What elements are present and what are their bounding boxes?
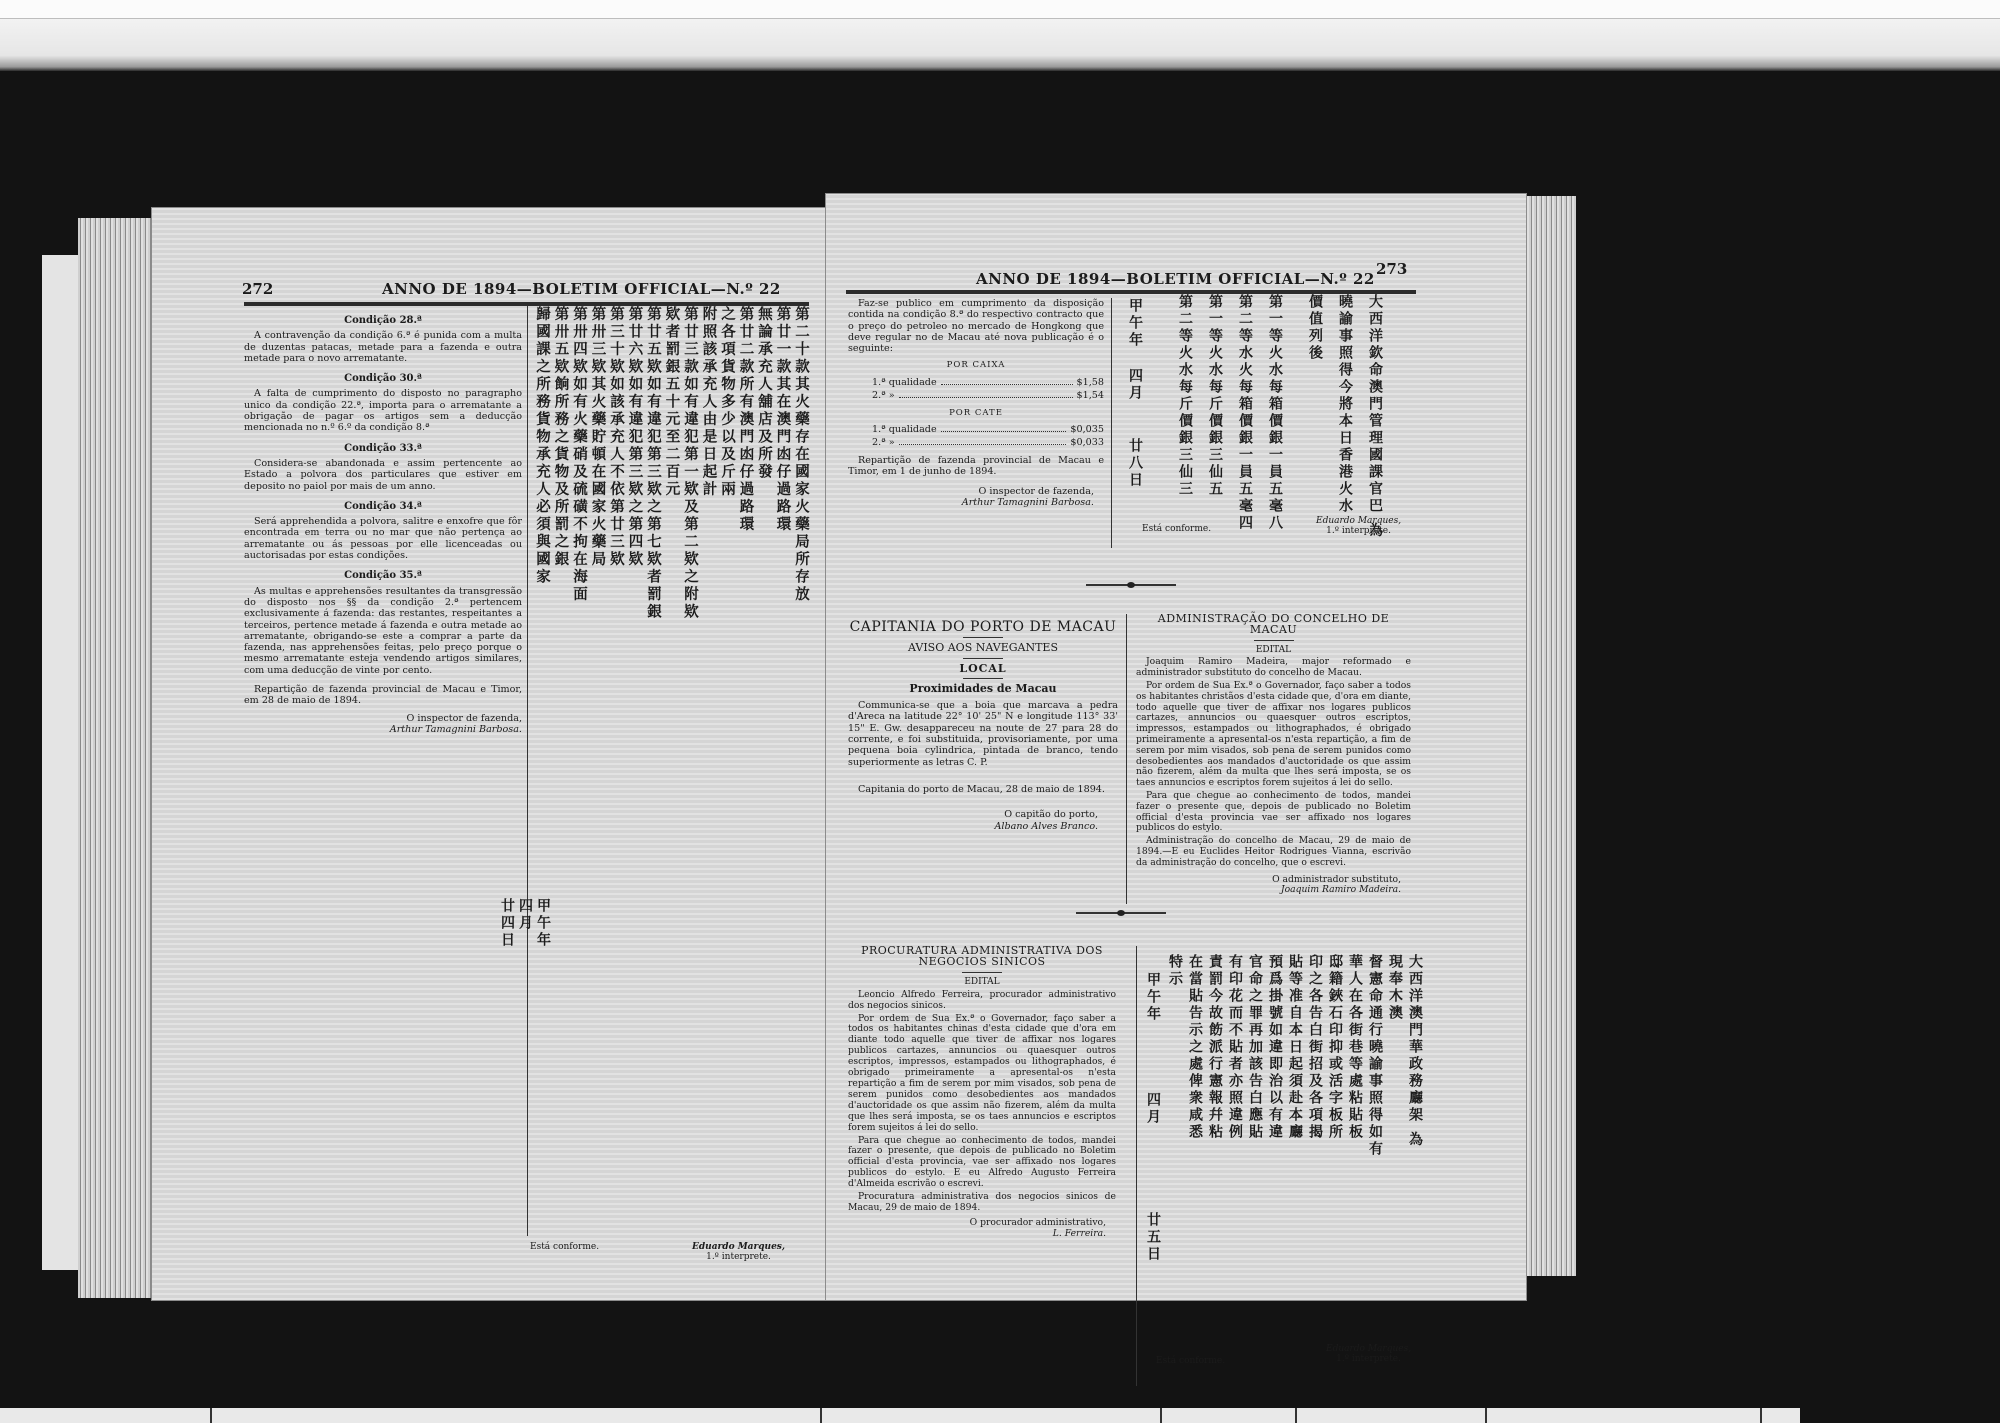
signature-name: L. Ferreira. (848, 1229, 1106, 1240)
interpreter-title: 1.º interprete. (706, 1252, 771, 1262)
concelho-notice-title: ADMINISTRAÇÃO DO CONCELHO DE MACAU (1136, 614, 1411, 636)
section-divider (1086, 584, 1176, 586)
conform-note: Está conforme. (1142, 524, 1211, 534)
closing-line: Capitania do porto de Macau, 28 de maio … (848, 784, 1118, 795)
chinese-column: 第二等水火每箱價銀一員五毫四 (1236, 294, 1254, 532)
interpreter-name: Eduardo Marques, (692, 1242, 785, 1252)
price-label: 2.ª » (848, 436, 895, 449)
interpreter-signature: Eduardo Marques, 1.º interprete. (1316, 516, 1401, 536)
book-left-edge (78, 218, 154, 1298)
condition-heading: Condição 34.ª (244, 501, 522, 512)
column-divider (1111, 298, 1112, 548)
page-number: 273 (1376, 260, 1407, 278)
price-label: 2.ª » (848, 389, 895, 402)
chinese-column: 官命之罪再加該告白應貼 (1246, 954, 1264, 1141)
chinese-column: 特示 (1166, 954, 1184, 988)
chinese-date: 甲午年 (1144, 972, 1162, 1023)
condition-text: As multas e apprehensões resultantes da … (244, 586, 522, 676)
closing-line: Repartição de fazenda provincial de Maca… (848, 455, 1104, 478)
condition-heading: Condição 35.ª (244, 570, 522, 581)
column-divider (1136, 946, 1137, 1386)
chinese-column: 之各項貨物多少以及斤兩 (718, 306, 736, 499)
signature-title: O administrador substituto, (1272, 874, 1401, 885)
signature-title: O inspector de fazenda, (978, 486, 1094, 497)
port-notice-heading: Proximidades de Macau (848, 683, 1118, 694)
price-value: $1,58 (1077, 376, 1104, 389)
procuratura-paragraph: Por ordem de Sua Ex.ª o Governador, faço… (848, 1014, 1116, 1134)
right-page: ANNO DE 1894—BOLETIM OFFICIAL—N.º 22 273… (826, 194, 1526, 1300)
chinese-column: 貼等准自本日起須赴本廳 (1286, 954, 1304, 1141)
signature-name: Arthur Tamagnini Barbosa. (244, 724, 522, 735)
chinese-column: 第三十欵如該承充人不依第廿三欵 (607, 306, 625, 569)
price-row: 1.ª qualidade$1,58 (848, 376, 1104, 389)
per-cate-heading: POR CATE (848, 408, 1104, 419)
chinese-column: 附照該承充人由是日起計 (700, 306, 718, 499)
concelho-paragraph: Para que chegue ao conhecimento de todos… (1136, 791, 1411, 834)
concelho-notice-subtitle: EDITAL (1136, 645, 1411, 656)
condition-text: Será apprehendida a polvora, salitre e e… (244, 516, 522, 561)
left-page: 272 ANNO DE 1894—BOLETIM OFFICIAL—N.º 22… (152, 208, 828, 1300)
signature: O administrador substituto, Joaquim Rami… (1136, 875, 1411, 897)
price-row: 2.ª »$1,54 (848, 389, 1104, 402)
procuratura-paragraph: Leoncio Alfredo Ferreira, procurador adm… (848, 990, 1116, 1012)
chinese-column: 在當貼告示之處俾衆咸悉 (1186, 954, 1204, 1141)
chinese-date: 甲午年 (534, 898, 552, 949)
signature-title: O procurador administrativo, (970, 1217, 1106, 1228)
per-case-heading: POR CAIXA (848, 360, 1104, 371)
chinese-column: 第卅三欵其火藥貯頓在國家火藥局 (589, 306, 607, 569)
chinese-column: 歸國課之所務貨物承充人必須與國家 (533, 306, 551, 586)
signature: O inspector de fazenda, Arthur Tamagnini… (244, 713, 522, 736)
signature-name: Arthur Tamagnini Barbosa. (848, 497, 1094, 508)
price-value: $0,033 (1070, 436, 1104, 449)
header-rule (846, 290, 1416, 294)
concelho-paragraph: Joaquim Ramiro Madeira, major reformado … (1136, 657, 1411, 679)
conform-note: Está conforme. (1156, 1356, 1225, 1366)
interpreter-title: 1.º interprete. (1336, 1354, 1401, 1364)
price-value: $1,54 (1077, 389, 1104, 402)
condition-heading: Condição 30.ª (244, 373, 522, 384)
chinese-date: 甲午年 (1126, 298, 1144, 349)
concelho-paragraph: Administração do concelho de Macau, 29 d… (1136, 836, 1411, 868)
chinese-date: 廿四日 (498, 898, 516, 949)
chinese-column: 預爲掛號如違即治以有違 (1266, 954, 1284, 1141)
condition-heading: Condição 33.ª (244, 443, 522, 454)
price-row: 2.ª »$0,033 (848, 436, 1104, 449)
port-notice: CAPITANIA DO PORTO DE MACAU AVISO AOS NA… (848, 622, 1118, 834)
chinese-column: 督憲命通行曉諭事照得如有 (1366, 954, 1384, 1158)
condition-text: A falta de cumprimento do disposto no pa… (244, 388, 522, 433)
chinese-date: 四月 (1144, 1092, 1162, 1126)
chinese-column: 第廿六欵如有違犯第三欵之第四欵 (626, 306, 644, 569)
condition-heading: Condição 28.ª (244, 315, 522, 326)
price-label: 1.ª qualidade (848, 376, 937, 389)
port-notice-subtitle: AVISO AOS NAVEGANTES (848, 642, 1118, 653)
signature: O procurador administrativo, L. Ferreira… (848, 1218, 1116, 1240)
procuratura-paragraph: Procuratura administrativa dos negocios … (848, 1192, 1116, 1214)
chinese-date: 四月 (516, 898, 534, 932)
column-divider (527, 306, 528, 1236)
port-notice-section: LOCAL (848, 663, 1118, 674)
chinese-column: 曉諭事照得今將本日香港火水 (1336, 294, 1354, 515)
chinese-column: 責罰今故飭派行憲報幷粘 (1206, 954, 1224, 1141)
portuguese-column: Condição 28.ª A contravenção da condição… (244, 306, 522, 737)
column-divider (1126, 614, 1127, 904)
chinese-column: 現奉木澳 (1386, 954, 1404, 1022)
chinese-column: 第卅五欵餉所務之貨物及所罰之銀 (552, 306, 570, 569)
port-notice-title: CAPITANIA DO PORTO DE MACAU (848, 622, 1118, 633)
chinese-date: 廿五日 (1144, 1212, 1162, 1263)
signature: O capitão do porto, Albano Alves Branco. (848, 809, 1118, 832)
chinese-date: 廿八日 (1126, 438, 1144, 489)
chinese-column: 大西洋澳門華政務廳架 為 (1406, 954, 1424, 1149)
interpreter-name: Eduardo Marques, (1316, 516, 1401, 526)
petroleum-notice: Faz-se publico em cumprimento da disposi… (848, 298, 1104, 510)
signature-name: Albano Alves Branco. (848, 821, 1098, 832)
chinese-column: 價值列後 (1306, 294, 1324, 362)
book-right-edge (1524, 196, 1576, 1276)
chinese-column: 欵者罰銀五十元至二百元 (663, 306, 681, 499)
interpreter-signature: Eduardo Marques, 1.º interprete. (692, 1242, 785, 1262)
chinese-column: 第二十款其火藥存在國家火藥局所存放 (792, 306, 810, 604)
signature-title: O inspector de fazenda, (406, 713, 522, 724)
condition-text: A contravenção da condição 6.ª é punida … (244, 330, 522, 364)
signature: O inspector de fazenda, Arthur Tamagnini… (848, 486, 1104, 509)
concelho-notice: ADMINISTRAÇÃO DO CONCELHO DE MACAU EDITA… (1136, 614, 1411, 898)
chinese-column: 第一等火水每箱價銀一員五毫八 (1266, 294, 1284, 532)
chinese-column: 第廿五欵如有違犯第三欵之第七欵者罰銀 (644, 306, 662, 621)
interpreter-signature: Eduardo Marques, 1.º interprete. (1326, 1344, 1411, 1364)
chinese-date: 四月 (1126, 368, 1144, 402)
chinese-column: 印之各告白街招及各項揭 (1306, 954, 1324, 1141)
condition-text: Considera-se abandonada e assim pertence… (244, 458, 522, 492)
chinese-column: 第一等火水每斤價銀三仙五 (1206, 294, 1224, 498)
signature-title: O capitão do porto, (1004, 809, 1098, 820)
running-head: ANNO DE 1894—BOLETIM OFFICIAL—N.º 22 (976, 270, 1375, 288)
closing-line: Repartição de fazenda provincial de Maca… (244, 684, 522, 707)
chinese-column: 第廿一款其在澳門凼仔過路環 (774, 306, 792, 534)
conform-note: Está conforme. (530, 1242, 599, 1252)
procuratura-notice-subtitle: EDITAL (848, 977, 1116, 988)
scanner-top-band (0, 19, 2000, 71)
procuratura-notice-title: PROCURATURA ADMINISTRATIVA DOS NEGOCIOS … (848, 946, 1116, 968)
price-value: $0,035 (1070, 423, 1104, 436)
chinese-column: 有印花而不貼者亦照違例 (1226, 954, 1244, 1141)
chinese-column: 第廿三款如有違犯第一欵及第二欵之附欵 (681, 306, 699, 621)
signature-name: Joaquim Ramiro Madeira. (1136, 885, 1401, 896)
concelho-paragraph: Por ordem de Sua Ex.ª o Governador, faço… (1136, 681, 1411, 789)
chinese-column: 第卅四欵如有火藥硝及硫磺不拘在海面 (570, 306, 588, 604)
price-label: 1.ª qualidade (848, 423, 937, 436)
chinese-column: 第二等火水每斤價銀三仙三 (1176, 294, 1194, 498)
running-head: ANNO DE 1894—BOLETIM OFFICIAL—N.º 22 (382, 280, 781, 298)
procuratura-notice: PROCURATURA ADMINISTRATIVA DOS NEGOCIOS … (848, 946, 1116, 1242)
chinese-column: 邸籍鋏石印抑或活字板所 (1326, 954, 1344, 1141)
page-number: 272 (242, 280, 273, 298)
chinese-column: 華人在各街巷等處粘貼板 (1346, 954, 1364, 1141)
petroleum-intro: Faz-se publico em cumprimento da disposi… (848, 298, 1104, 354)
procuratura-paragraph: Para que chegue ao conhecimento de todos… (848, 1136, 1116, 1191)
price-row: 1.ª qualidade$0,035 (848, 423, 1104, 436)
section-divider (1076, 912, 1166, 914)
chinese-column: 大西洋欽命澳門管理國課官巴 為 (1366, 294, 1384, 540)
viewer-top-strip (0, 0, 2000, 19)
viewer-bottom-strip (0, 1408, 1800, 1423)
chinese-column: 無論承充人舖店及所發 (755, 306, 773, 481)
port-notice-body: Communica-se que a boia que marcava a pe… (848, 700, 1118, 768)
interpreter-name: Eduardo Marques, (1326, 1344, 1411, 1354)
chinese-column: 第廿二款所有澳門凼仔過路環 (737, 306, 755, 534)
